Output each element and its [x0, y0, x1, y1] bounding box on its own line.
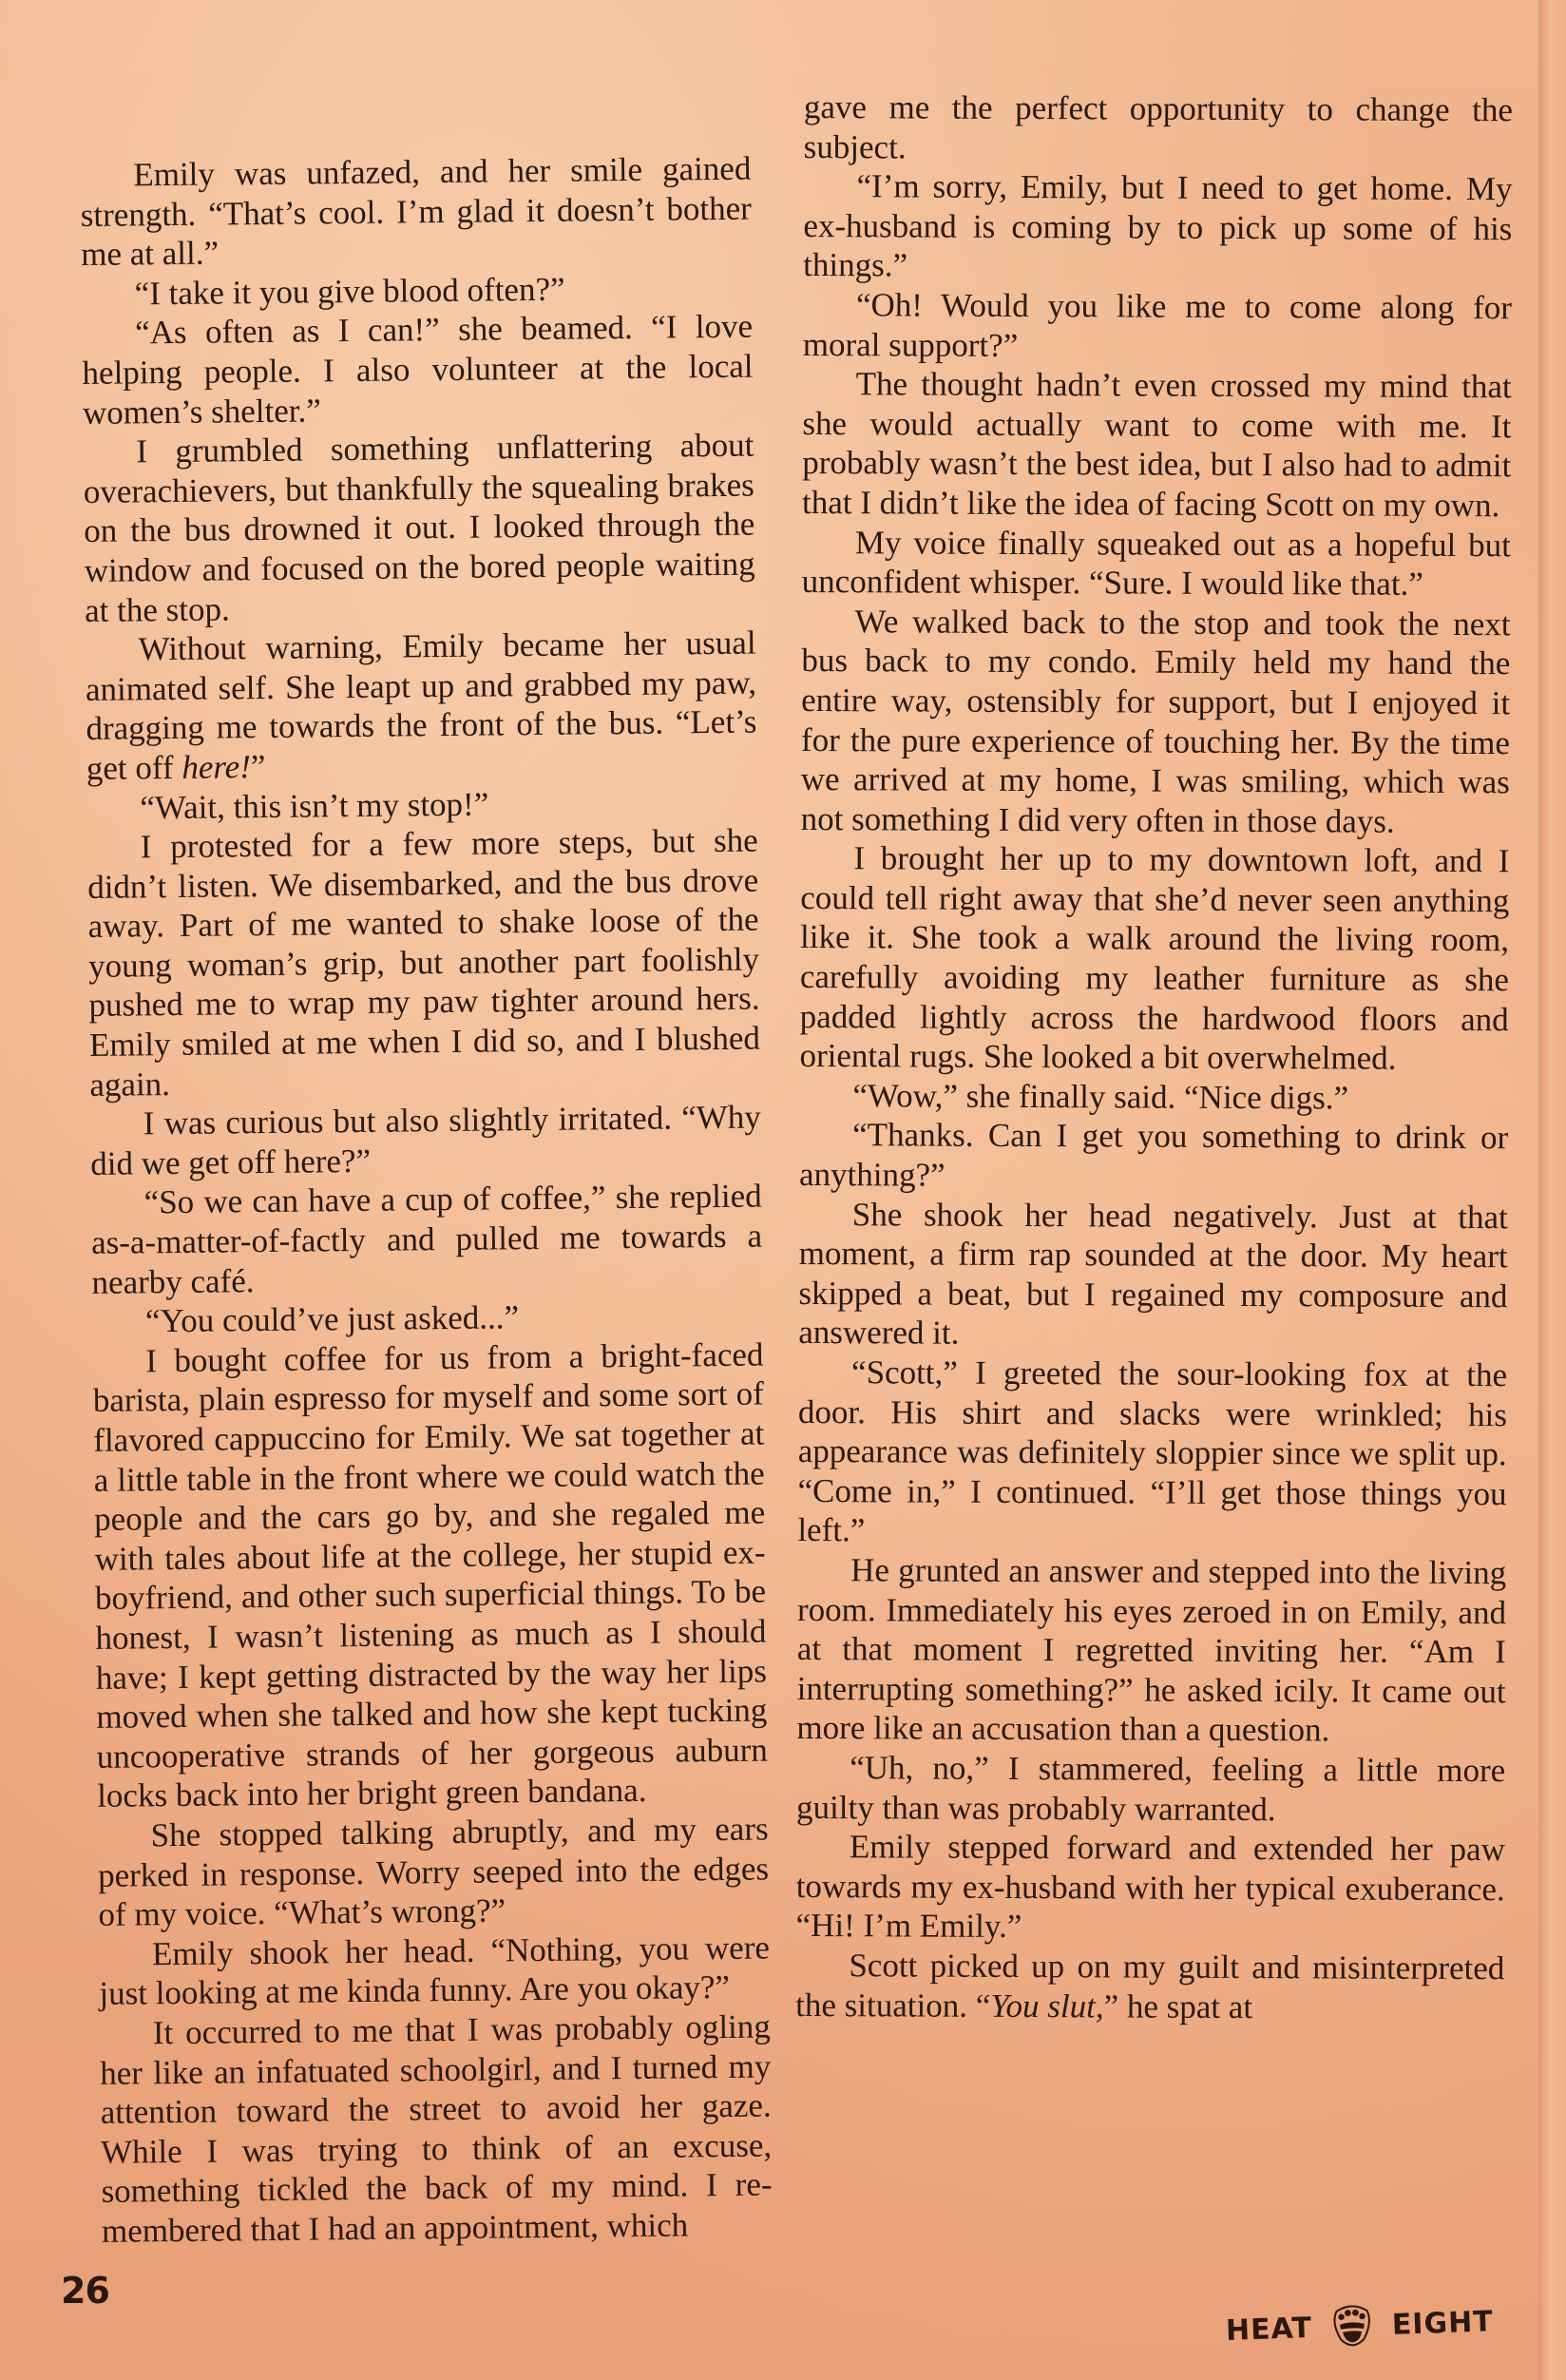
footer-word-right: EIGHT	[1391, 2305, 1494, 2342]
paragraph: Emily stepped forward and extended her p…	[795, 1827, 1505, 1948]
paragraph: “So we can have a cup of coffee,” she re…	[90, 1177, 762, 1302]
paragraph: “Uh, no,” I stammered, feeling a little …	[796, 1748, 1505, 1830]
paragraph: “Scott,” I greeted the sour-looking fox …	[797, 1353, 1507, 1553]
paragraph: Scott picked up on my guilt and misin­te…	[795, 1946, 1504, 2027]
paragraph: My voice finally squeaked out as a hopef…	[802, 523, 1511, 605]
paragraph: The thought hadn’t even crossed my mind …	[802, 364, 1512, 526]
paragraph: It occurred to me that I was probably og…	[100, 2006, 773, 2251]
paragraph: “Thanks. Can I get you something to drin…	[799, 1115, 1508, 1197]
paw-print-icon	[1330, 2303, 1374, 2351]
paragraph: “Wow,” she finally said. “Nice digs.”	[799, 1076, 1508, 1119]
paragraph-continued: gave me the perfect opportunity to chang…	[804, 87, 1513, 169]
paragraph: I grumbled something unflattering about …	[83, 426, 755, 630]
paragraph: We walked back to the stop and took the …	[801, 602, 1511, 842]
paragraph-text: ”	[251, 748, 266, 785]
paragraph: Without warning, Emily became her usual …	[85, 624, 757, 789]
magazine-footer-logo: HEAT EIGHT	[1225, 2298, 1494, 2353]
paragraph: “I’m sorry, Emily, but I need to get hom…	[803, 166, 1513, 288]
italic-emphasis: You slut,	[990, 1987, 1103, 2025]
paragraph: He grunted an answer and stepped into th…	[796, 1550, 1506, 1751]
right-text-column: gave me the perfect opportunity to chang…	[795, 87, 1513, 2027]
paragraph: “As often as I can!” she beamed. “I love…	[82, 307, 754, 432]
paragraph: She shook her head negatively. Just at t…	[798, 1195, 1508, 1356]
left-text-column: Emily was unfazed, and her smile gained …	[80, 136, 773, 2252]
paragraph: I bought coffee for us from a bright-fac…	[92, 1334, 768, 1815]
paragraph: Emily was unfazed, and her smile gained …	[80, 149, 752, 275]
paragraph: I was curious but also slightly irritate…	[90, 1098, 762, 1184]
page-number: 26	[61, 2270, 109, 2312]
paragraph: I brought her up to my downtown loft, an…	[799, 838, 1509, 1079]
paragraph-text: ” he spat at	[1104, 1987, 1253, 2025]
footer-word-left: HEAT	[1225, 2311, 1312, 2347]
next-page-edge	[1538, 0, 1566, 2380]
paragraph: “Wait, this isn’t my stop!”	[86, 781, 757, 828]
paragraph: She stopped talking abruptly, and my ear…	[97, 1809, 769, 1934]
paragraph: “Oh! Would you like me to come along for…	[803, 285, 1512, 367]
italic-emphasis: here!	[181, 748, 251, 786]
paragraph: “You could’ve just asked...”	[92, 1296, 763, 1342]
magazine-page: Emily was unfazed, and her smile gained …	[0, 0, 1566, 2380]
paragraph: “I take it you give blood often?”	[81, 267, 752, 314]
paragraph: Emily shook her head. “Nothing, you were…	[99, 1928, 771, 2014]
paragraph: I protested for a few more steps, but sh…	[87, 821, 761, 1105]
